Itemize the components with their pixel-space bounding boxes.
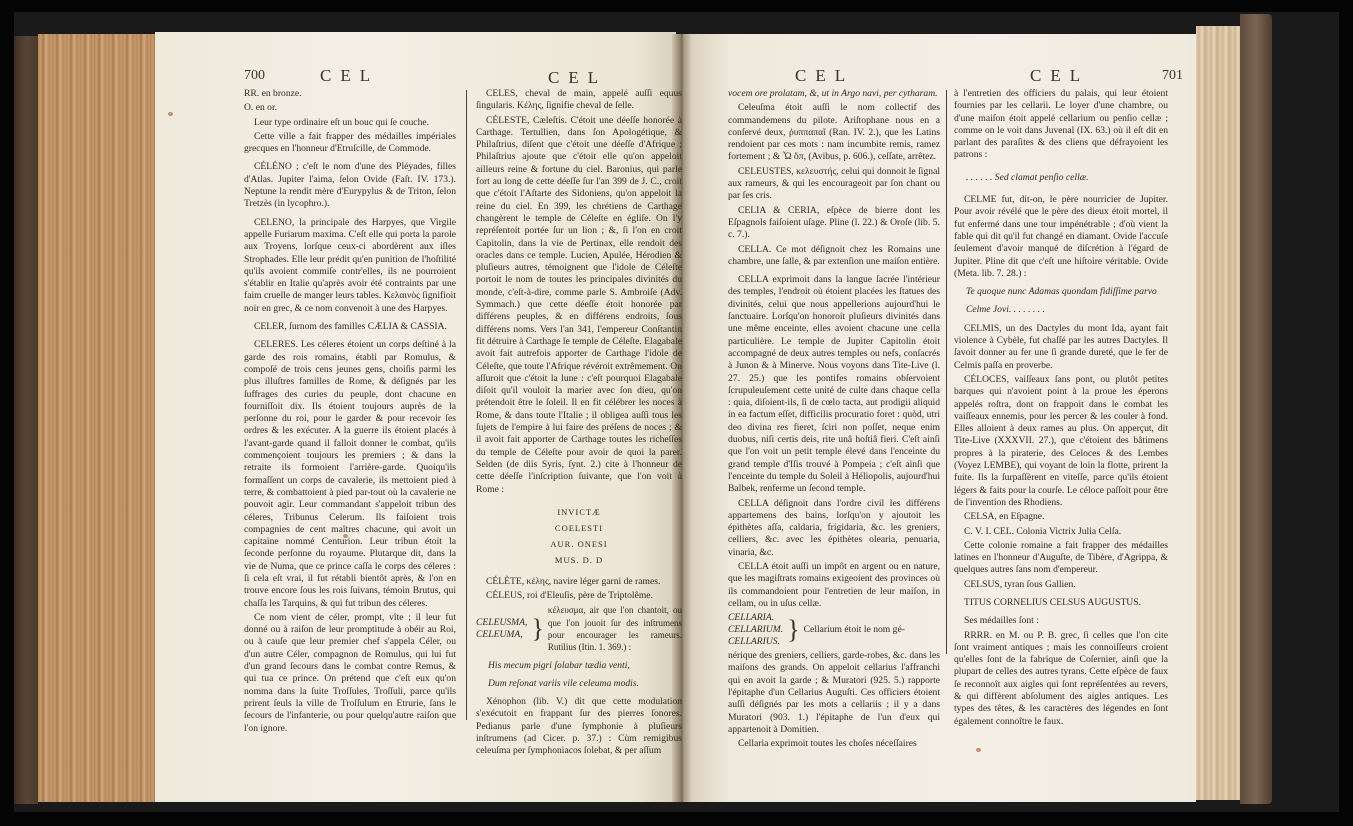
headword: CELEUMA, bbox=[476, 629, 527, 641]
dictionary-entry: CÉLESTE, Cæleſtis. C'étoit une déeſſe ho… bbox=[476, 115, 682, 496]
juvenal-verse: . . . . . . Sed clamat penſio cellæ. bbox=[966, 172, 1168, 184]
running-head-left-col2: CEL bbox=[548, 68, 607, 88]
cellaria-entry: CELLARIA.CELLARIUM.CELLARIUS. } Cellariu… bbox=[728, 612, 940, 648]
paper-stain bbox=[976, 748, 981, 752]
paper-stain bbox=[168, 112, 173, 116]
running-head-right-col2: CEL bbox=[1030, 66, 1089, 86]
headword: CELEUSMA, bbox=[476, 617, 527, 629]
column-rule-right bbox=[946, 90, 947, 654]
left-page-column-2: CELES, cheval de main, appelé auſſi equu… bbox=[476, 88, 682, 760]
left-page-column-1: RR. en bronze.O. en or.Leur type ordinai… bbox=[244, 88, 456, 737]
dictionary-entry: CELENO, la principale des Harpyes, que V… bbox=[244, 217, 456, 315]
headword: CELLARIUM. bbox=[728, 624, 783, 636]
dictionary-entry: Ses médailles ſont : bbox=[954, 615, 1168, 627]
page-edges-left bbox=[38, 34, 156, 802]
inscription-line: MUS. D. D bbox=[476, 552, 682, 568]
dictionary-entry: CELLA exprimoit dans la langue ſacrée l'… bbox=[728, 274, 940, 495]
dictionary-entry: CELME fut, dit-on, le père nourricier de… bbox=[954, 194, 1168, 280]
dictionary-entry: CELSUS, tyran ſous Gallien. bbox=[954, 579, 1168, 591]
dictionary-entry: vocem ore prolatam, &, ut in Argo navi, … bbox=[728, 88, 940, 100]
dictionary-entry: CELIA & CERIA, eſpèce de bierre dont les… bbox=[728, 205, 940, 242]
dictionary-entry: CÉLOCES, vaiſſeaux ſans pont, ou plutôt … bbox=[954, 374, 1168, 509]
dictionary-entry: C. V. I. CEL. Colonia Victrix Julia Celſ… bbox=[954, 526, 1168, 538]
dictionary-entry: Xénophon (lib. V.) dit que cette modulat… bbox=[476, 696, 682, 757]
dictionary-entry: CELEUSTES, κελευστής, celui qui donnoit … bbox=[728, 166, 940, 203]
dictionary-entry: CELER, ſurnom des familles CÆLIA & CASSI… bbox=[244, 321, 456, 333]
brace-glyph: } bbox=[787, 620, 799, 640]
dictionary-entry: Cellaria exprimoit toutes les choſes néc… bbox=[728, 738, 940, 750]
cellaria-definition: Cellarium étoit le nom gé- bbox=[804, 624, 905, 636]
book-cover-right bbox=[1240, 14, 1272, 804]
dictionary-entry: RR. en bronze. bbox=[244, 88, 456, 100]
page-number-left: 700 bbox=[244, 68, 265, 84]
dictionary-entry: CÉLÈTE, κέλης, navire léger garni de ram… bbox=[476, 576, 682, 588]
dictionary-entry: CELSA, en Eſpagne. bbox=[954, 511, 1168, 523]
dictionary-entry: à l'entretien des officiers du palais, q… bbox=[954, 88, 1168, 162]
dictionary-entry: Cette colonie romaine a fait frapper des… bbox=[954, 540, 1168, 577]
running-head-right-col1: CEL bbox=[795, 66, 854, 86]
column-rule-left bbox=[466, 90, 467, 720]
dictionary-entry: CELMIS, un des Dactyles du mont Ida, aya… bbox=[954, 323, 1168, 372]
dictionary-entry: RRRR. en M. ou P. B. grec, ſi celles que… bbox=[954, 630, 1168, 728]
dictionary-entry: TITUS CORNELIUS CELSUS AUGUSTUS. bbox=[954, 597, 1168, 609]
verse-line: Te quoque nunc Adamas quondam fidiſſime … bbox=[966, 286, 1168, 298]
dictionary-entry: Cette ville a fait frapper des médailles… bbox=[244, 131, 456, 156]
running-head-left-col1: CEL bbox=[320, 66, 379, 86]
verse-line: His mecum pigri ſolabar tædia venti, bbox=[488, 660, 682, 672]
inscription-block: INVICTÆCOELESTIAUR. ONESIMUS. D. D bbox=[476, 504, 682, 568]
dictionary-entry: CELERES. Les céleres étoient un corps de… bbox=[244, 339, 456, 610]
page-edges-right bbox=[1196, 26, 1240, 800]
dictionary-entry: CELLA déſignoit dans l'ordre civil les d… bbox=[728, 498, 940, 559]
book-cover-left bbox=[14, 36, 38, 804]
headword: CELLARIA. bbox=[728, 612, 783, 624]
dictionary-entry: CÉLÉNO ; c'eſt le nom d'une des Pléyades… bbox=[244, 161, 456, 210]
dictionary-entry: CELLA. Ce mot déſignoit chez les Romains… bbox=[728, 244, 940, 269]
right-page-column-1: vocem ore prolatam, &, ut in Argo navi, … bbox=[728, 88, 940, 753]
inscription-line: COELESTI bbox=[476, 520, 682, 536]
verse-line: Dum reſonat variis vile celeuma modis. bbox=[488, 678, 682, 690]
dictionary-entry: Leur type ordinaire eſt un bouc qui ſe c… bbox=[244, 117, 456, 129]
headword: CELLARIUS. bbox=[728, 636, 783, 648]
dictionary-entry: nérique des greniers, celliers, garde-ro… bbox=[728, 650, 940, 736]
dictionary-entry: CÉLEUS, roi d'Eleuſis, père de Triptolêm… bbox=[476, 590, 682, 602]
dictionary-entry: Ce nom vient de céler, prompt, vîte ; il… bbox=[244, 612, 456, 735]
brace-glyph: } bbox=[531, 619, 543, 639]
page-number-right: 701 bbox=[1162, 68, 1183, 84]
right-page-column-2: à l'entretien des officiers du palais, q… bbox=[954, 88, 1168, 730]
celeusma-definition: κέλευσμα, air que l'on chantoit, ou que … bbox=[548, 604, 682, 653]
inscription-line: AUR. ONESI bbox=[476, 536, 682, 552]
dictionary-entry: CELLA étoit auſſi un impôt en argent ou … bbox=[728, 561, 940, 610]
inscription-line: INVICTÆ bbox=[476, 504, 682, 520]
celeusma-entry: CELEUSMA,CELEUMA, } κέλευσμα, air que l'… bbox=[476, 604, 682, 653]
verse-line: Celme Jovi. . . . . . . . bbox=[966, 304, 1168, 316]
dictionary-entry: O. en or. bbox=[244, 102, 456, 114]
dictionary-entry: CELES, cheval de main, appelé auſſi equu… bbox=[476, 88, 682, 113]
dictionary-entry: Celeuſma étoit auſſi le nom collectif de… bbox=[728, 102, 940, 163]
